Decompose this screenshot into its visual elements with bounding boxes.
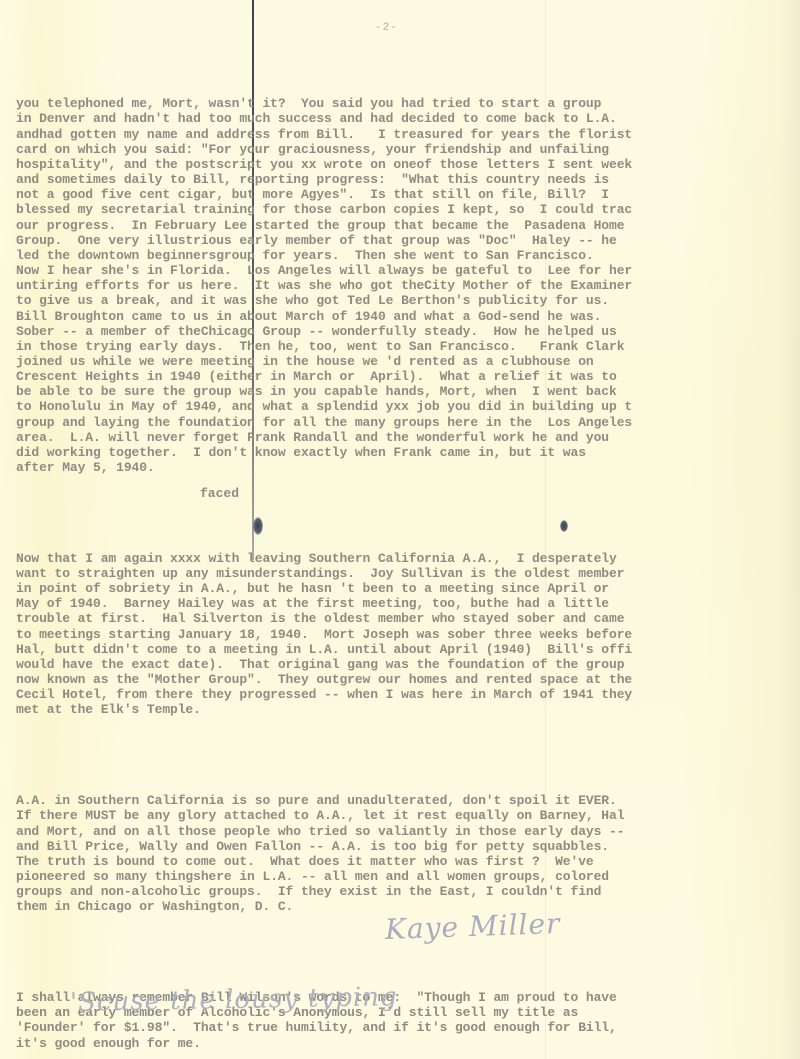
typed-line: A.A. in Southern California is so pure a… [16,793,796,808]
typed-insertion-faced: faced [200,486,239,501]
typed-line: card on which you said: "For your gracio… [16,142,796,157]
typed-line: in Denver and hadn't had too much succes… [16,111,796,126]
typed-line: Now that I am again xxxx with leaving So… [16,551,796,566]
typed-line: want to straighten up any misunderstandi… [16,566,796,581]
typed-line: to meetings starting January 18, 1940. M… [16,627,796,642]
handwritten-postscript: 'Scuse the lousy typing [70,982,398,1018]
typed-line: Now I hear she's in Florida. Los Angeles… [16,263,796,278]
typed-line: Group. One very illustrious early member… [16,233,796,248]
typed-line: led the downtown beginnersgroup for year… [16,248,796,263]
typed-line: after May 5, 1940. [16,460,796,475]
typed-line: did working together. I don't know exact… [16,445,796,460]
typed-line: andhad gotten my name and address from B… [16,127,796,142]
typed-line: blessed my secretarial training for thos… [16,202,796,217]
typed-line: you telephoned me, Mort, wasn't it? You … [16,96,796,111]
typed-line: in point of sobriety in A.A., but he has… [16,581,796,596]
typed-line: area. L.A. will never forget Frank Randa… [16,430,796,445]
typed-line: to give us a break, and it was she who g… [16,293,796,308]
typed-line: May of 1940. Barney Hailey was at the fi… [16,596,796,611]
typed-line: would have the exact date). That origina… [16,657,796,672]
typed-line: and sometimes daily to Bill, reporting p… [16,172,796,187]
paragraph-early-history: you telephoned me, Mort, wasn't it? You … [16,96,796,475]
typed-line: it's good enough for me. [16,1036,796,1051]
typed-line: If there MUST be any glory attached to A… [16,808,796,823]
paragraph-southern-california: A.A. in Southern California is so pure a… [16,793,796,914]
typed-line: group and laying the foundation for all … [16,415,796,430]
typed-line: and Mort, and on all those people who tr… [16,824,796,839]
typed-letter-body: you telephoned me, Mort, wasn't it? You … [16,66,796,1059]
typed-line: Bill Broughton came to us in about March… [16,309,796,324]
typed-line: be able to be sure the group was in you … [16,384,796,399]
typed-line: Hal, butt didn't come to a meeting in L.… [16,642,796,657]
typed-line: untiring efforts for us here. It was she… [16,278,796,293]
typed-line: Sober -- a member of theChicago Group --… [16,324,796,339]
typed-line: 'Founder' for $1.98". That's true humili… [16,1020,796,1035]
handwritten-signature: Kaye Miller [384,907,560,946]
paragraph-misunderstandings: Now that I am again xxxx with leaving So… [16,551,796,718]
typed-line: to Honolulu in May of 1940, and what a s… [16,399,796,414]
page-marker: -2- [375,22,398,34]
typed-line: groups and non-alcoholic groups. If they… [16,884,796,899]
typed-line: not a good five cent cigar, but more Agy… [16,187,796,202]
typed-line: hospitality", and the postscript you xx … [16,157,796,172]
typed-line: joined us while we were meeting in the h… [16,354,796,369]
typed-line: our progress. In February Lee started th… [16,218,796,233]
typed-line: in those trying early days. Then he, too… [16,339,796,354]
typed-line: trouble at first. Hal Silverton is the o… [16,611,796,626]
typed-line: Cecil Hotel, from there they progressed … [16,687,796,702]
typed-line: Crescent Heights in 1940 (either in Marc… [16,369,796,384]
typed-line: now known as the "Mother Group". They ou… [16,672,796,687]
typed-line: pioneered so many thingshere in L.A. -- … [16,869,796,884]
typed-line: The truth is bound to come out. What doe… [16,854,796,869]
typed-line: and Bill Price, Wally and Owen Fallon --… [16,839,796,854]
typed-line: met at the Elk's Temple. [16,702,796,717]
